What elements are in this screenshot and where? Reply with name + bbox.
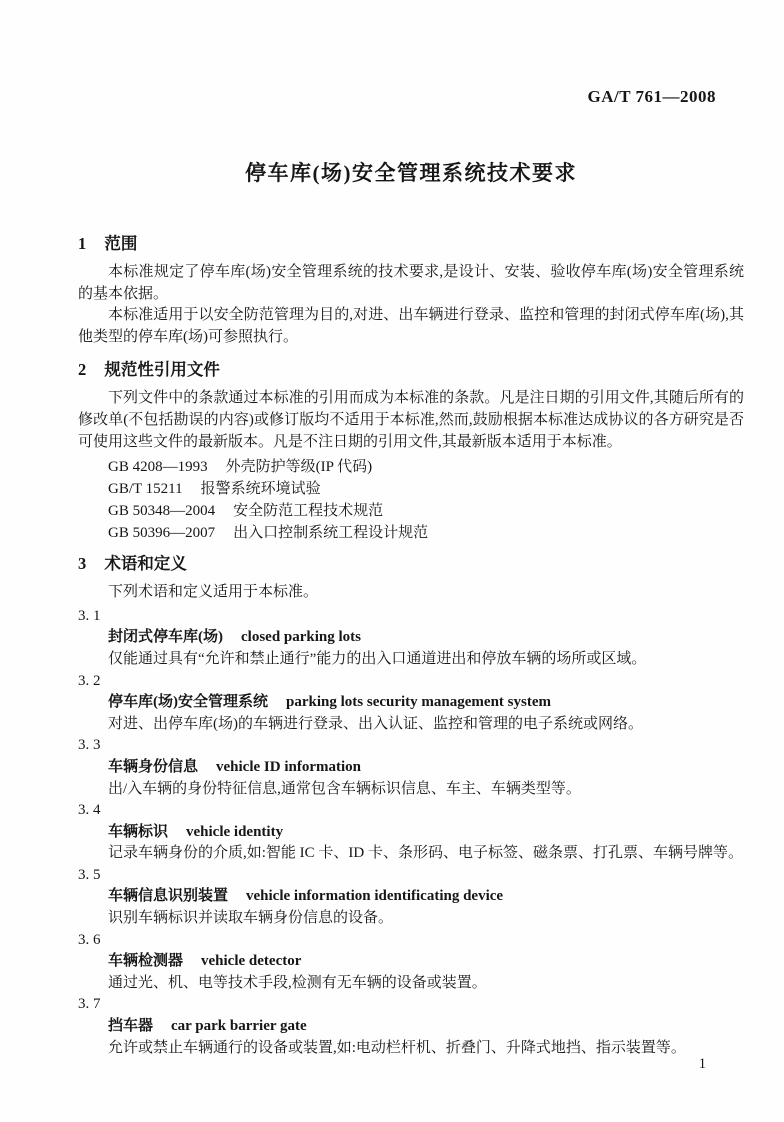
section-heading: 2规范性引用文件 xyxy=(78,358,744,382)
term-name-en: parking lots security management system xyxy=(286,694,551,710)
section-title: 术语和定义 xyxy=(104,554,187,573)
reference-title: 外壳防护等级(IP 代码) xyxy=(226,459,373,475)
term-item-vehicle-detector: 3. 6 车辆检测器vehicle detector 通过光、机、电等技术手段,… xyxy=(78,930,744,995)
reference-item: GB 4208—1993外壳防护等级(IP 代码) xyxy=(78,456,744,478)
term-number: 3. 3 xyxy=(78,735,744,757)
term-definition: 对进、出停车库(场)的车辆进行登录、出入认证、监控和管理的电子系统或网络。 xyxy=(78,714,744,736)
section-heading: 1范围 xyxy=(78,232,744,256)
paragraph: 本标准适用于以安全防范管理为目的,对进、出车辆进行登录、监控和管理的封闭式停车库… xyxy=(78,305,744,348)
term-title: 封闭式停车库(场)closed parking lots xyxy=(78,627,744,649)
term-title: 车辆标识vehicle identity xyxy=(78,822,744,844)
term-number: 3. 1 xyxy=(78,606,744,628)
reference-code: GB 4208—1993 xyxy=(108,459,208,475)
term-name-en: vehicle detector xyxy=(201,953,301,969)
section-number: 1 xyxy=(78,234,86,253)
term-item-closed-parking-lots: 3. 1 封闭式停车库(场)closed parking lots 仅能通过具有… xyxy=(78,606,744,671)
reference-code: GB/T 15211 xyxy=(108,481,183,497)
reference-item: GB 50396—2007出入口控制系统工程设计规范 xyxy=(78,522,744,544)
reference-item: GB/T 15211报警系统环境试验 xyxy=(78,478,744,500)
term-definition: 通过光、机、电等技术手段,检测有无车辆的设备或装置。 xyxy=(78,973,744,995)
section-number: 2 xyxy=(78,360,86,379)
term-title: 车辆身份信息vehicle ID information xyxy=(78,757,744,779)
section-title: 范围 xyxy=(104,234,137,253)
reference-code: GB 50396—2007 xyxy=(108,525,215,541)
term-number: 3. 6 xyxy=(78,930,744,952)
reference-title: 出入口控制系统工程设计规范 xyxy=(233,525,428,541)
section-number: 3 xyxy=(78,554,86,573)
term-name-zh: 车辆信息识别装置 xyxy=(108,888,228,904)
section-normative-references: 2规范性引用文件 下列文件中的条款通过本标准的引用而成为本标准的条款。凡是注日期… xyxy=(78,358,744,544)
paragraph: 下列文件中的条款通过本标准的引用而成为本标准的条款。凡是注日期的引用文件,其随后… xyxy=(78,388,744,453)
term-name-en: closed parking lots xyxy=(241,629,361,645)
term-title: 车辆信息识别装置vehicle information identificati… xyxy=(78,886,744,908)
term-name-zh: 停车库(场)安全管理系统 xyxy=(108,694,268,710)
reference-title: 安全防范工程技术规范 xyxy=(233,503,383,519)
term-number: 3. 7 xyxy=(78,994,744,1016)
paragraph: 下列术语和定义适用于本标准。 xyxy=(78,582,744,604)
section-title: 规范性引用文件 xyxy=(104,360,220,379)
term-name-en: vehicle information identificating devic… xyxy=(246,888,503,904)
term-name-en: vehicle ID information xyxy=(216,759,361,775)
reference-item: GB 50348—2004安全防范工程技术规范 xyxy=(78,500,744,522)
term-definition: 允许或禁止车辆通行的设备或装置,如:电动栏杆机、折叠门、升降式地挡、指示装置等。 xyxy=(78,1038,744,1060)
term-number: 3. 4 xyxy=(78,800,744,822)
document-page: GA/T 761—2008 停车库(场)安全管理系统技术要求 1范围 本标准规定… xyxy=(0,0,784,1122)
term-number: 3. 2 xyxy=(78,671,744,693)
term-number: 3. 5 xyxy=(78,865,744,887)
term-name-zh: 挡车器 xyxy=(108,1018,153,1034)
reference-title: 报警系统环境试验 xyxy=(201,481,321,497)
term-title: 停车库(场)安全管理系统parking lots security manage… xyxy=(78,692,744,714)
term-item-parking-lots-security-management-system: 3. 2 停车库(场)安全管理系统parking lots security m… xyxy=(78,671,744,736)
term-name-en: car park barrier gate xyxy=(171,1018,307,1034)
term-item-car-park-barrier-gate: 3. 7 挡车器car park barrier gate 允许或禁止车辆通行的… xyxy=(78,994,744,1059)
term-title: 车辆检测器vehicle detector xyxy=(78,951,744,973)
term-item-vehicle-identity: 3. 4 车辆标识vehicle identity 记录车辆身份的介质,如:智能… xyxy=(78,800,744,865)
document-title: 停车库(场)安全管理系统技术要求 xyxy=(78,158,744,188)
term-name-zh: 车辆身份信息 xyxy=(108,759,198,775)
term-definition: 记录车辆身份的介质,如:智能 IC 卡、ID 卡、条形码、电子标签、磁条票、打孔… xyxy=(78,843,744,865)
term-name-zh: 车辆标识 xyxy=(108,824,168,840)
terms-list: 3. 1 封闭式停车库(场)closed parking lots 仅能通过具有… xyxy=(78,606,744,1059)
section-terms-definitions: 3术语和定义 下列术语和定义适用于本标准。 3. 1 封闭式停车库(场)clos… xyxy=(78,552,744,1059)
term-definition: 仅能通过具有“允许和禁止通行”能力的出入口通道进出和停放车辆的场所或区域。 xyxy=(78,649,744,671)
reference-list: GB 4208—1993外壳防护等级(IP 代码) GB/T 15211报警系统… xyxy=(78,456,744,544)
term-definition: 识别车辆标识并读取车辆身份信息的设备。 xyxy=(78,908,744,930)
standard-code: GA/T 761—2008 xyxy=(78,88,716,106)
section-heading: 3术语和定义 xyxy=(78,552,744,576)
term-name-en: vehicle identity xyxy=(186,824,283,840)
section-scope: 1范围 本标准规定了停车库(场)安全管理系统的技术要求,是设计、安装、验收停车库… xyxy=(78,232,744,348)
reference-code: GB 50348—2004 xyxy=(108,503,215,519)
term-name-zh: 车辆检测器 xyxy=(108,953,183,969)
term-name-zh: 封闭式停车库(场) xyxy=(108,629,223,645)
page-number: 1 xyxy=(699,1056,706,1072)
term-item-vehicle-id-information: 3. 3 车辆身份信息vehicle ID information 出/入车辆的… xyxy=(78,735,744,800)
paragraph: 本标准规定了停车库(场)安全管理系统的技术要求,是设计、安装、验收停车库(场)安… xyxy=(78,262,744,305)
term-item-vehicle-information-identificating-device: 3. 5 车辆信息识别装置vehicle information identif… xyxy=(78,865,744,930)
term-definition: 出/入车辆的身份特征信息,通常包含车辆标识信息、车主、车辆类型等。 xyxy=(78,779,744,801)
term-title: 挡车器car park barrier gate xyxy=(78,1016,744,1038)
